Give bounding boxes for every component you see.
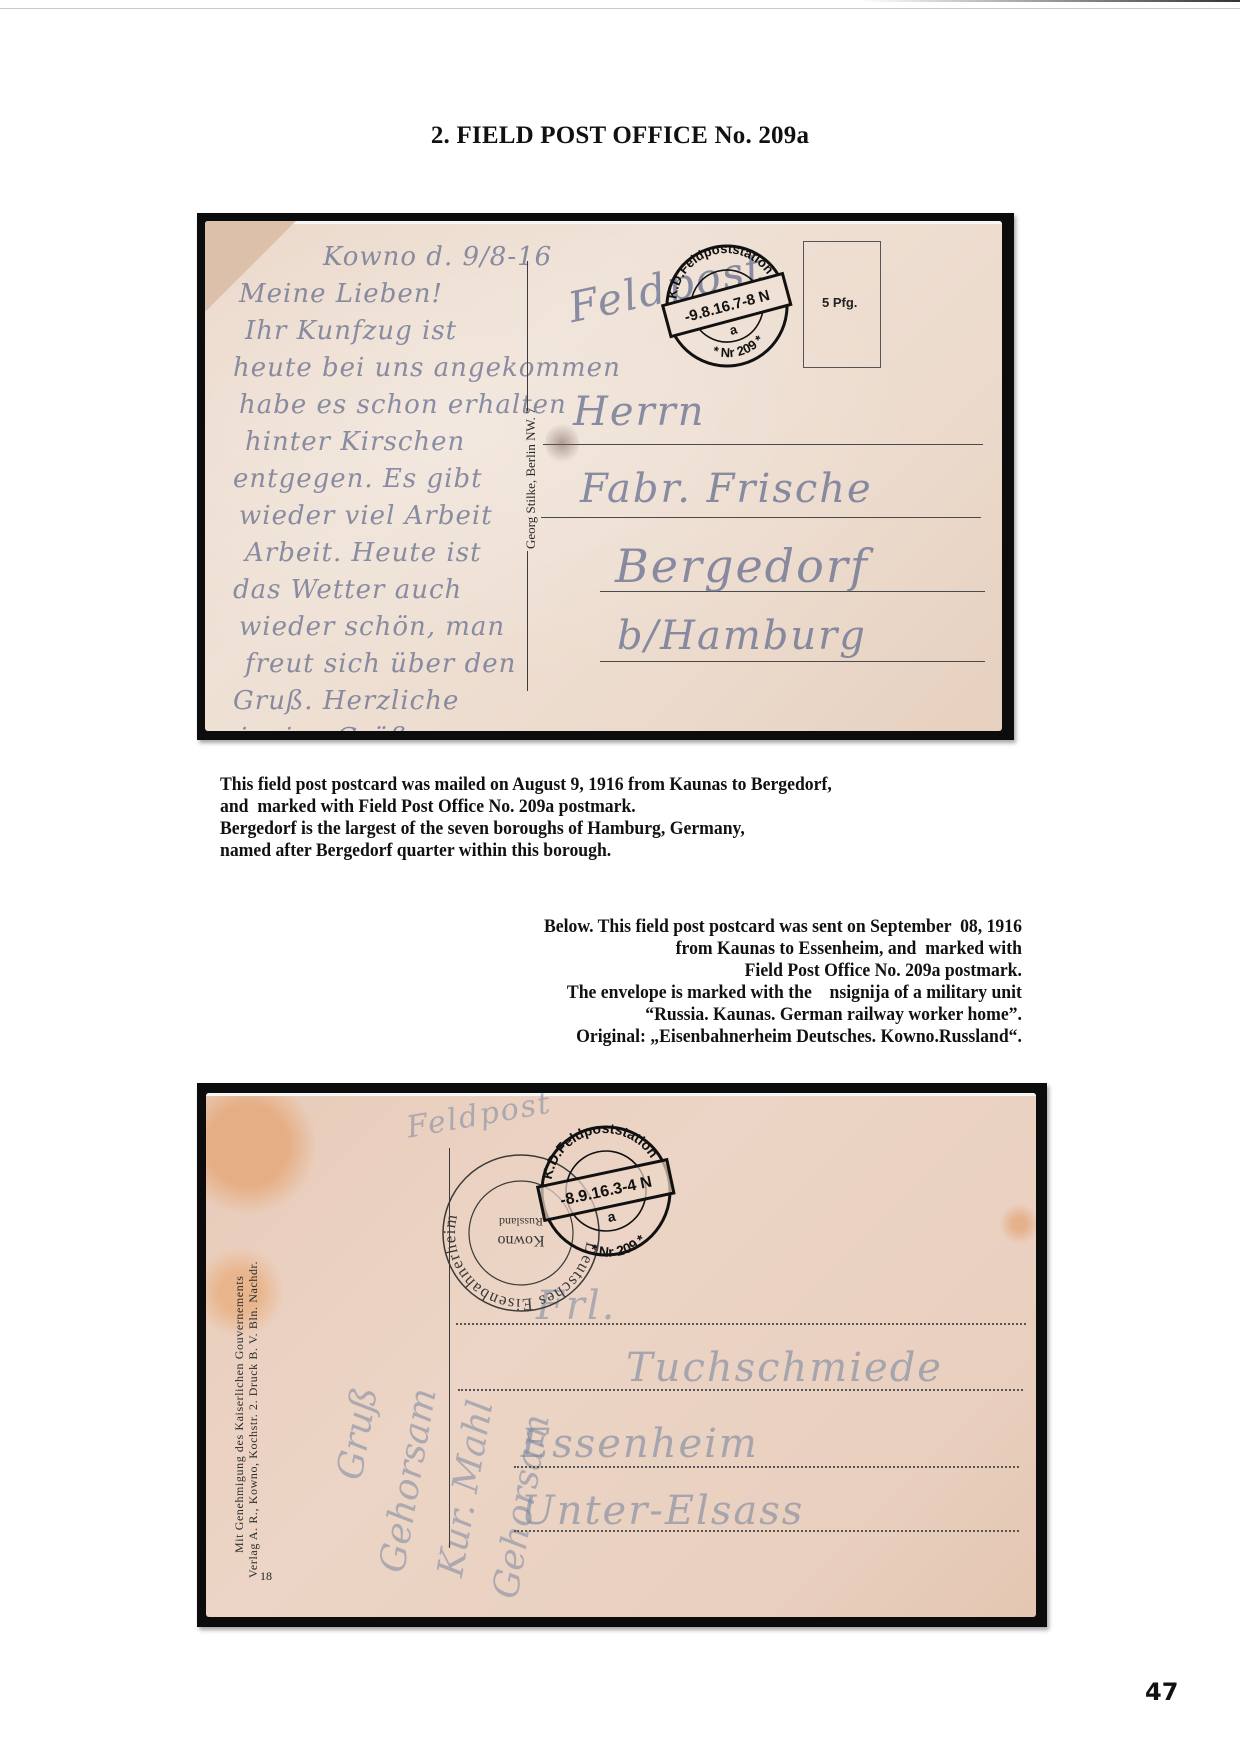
- caption-postcard-1: This field post postcard was mailed on A…: [220, 774, 832, 862]
- address-recipient-name: Fabr. Frische: [580, 466, 873, 512]
- handwritten-line: Gruß. Herzliche: [233, 683, 621, 720]
- postcard-1-image: Kowno d. 9/8-16Meine Lieben!Ihr Kunfzug …: [197, 213, 1014, 740]
- card-number: 18: [260, 1569, 272, 1584]
- handwritten-line: heute bei uns angekommen: [233, 350, 621, 387]
- handwritten-line: Meine Lieben!: [239, 276, 621, 313]
- address-city: Bergedorf: [615, 539, 869, 593]
- card-divider: [527, 551, 528, 691]
- page-title: 2. FIELD POST OFFICE No. 209a: [0, 122, 1240, 150]
- handwritten-line: wieder schön, man: [239, 609, 621, 646]
- page-number: 47: [1145, 1678, 1178, 1706]
- postmark-bottom-text: * Nr 209 *: [586, 1229, 651, 1265]
- field-post-postmark: K.D.Feldpoststation * Nr 209 * -9.8.16.7…: [662, 241, 792, 371]
- handwritten-line: innige Grüße: [239, 720, 621, 731]
- handwritten-line: Arbeit. Heute ist: [245, 535, 621, 572]
- stamp-value: 5 Pfg.: [822, 295, 857, 310]
- handwritten-line: Ihr Kunfzug ist: [245, 313, 621, 350]
- handwritten-line: das Wetter auch: [233, 572, 621, 609]
- postcard-2: Mit Genehmigung des Kaiserlichen Gouvern…: [206, 1093, 1036, 1617]
- field-post-postmark: K.D.Feldpoststation * Nr 209 * -8.9.16.3…: [536, 1121, 676, 1261]
- address-line: [541, 517, 981, 518]
- handwritten-line: freut sich über den: [245, 646, 621, 683]
- handwritten-line: entgegen. Es gibt: [233, 461, 621, 498]
- handwritten-line: habe es schon erhalten: [239, 387, 621, 424]
- address-region: Unter-Elsass: [521, 1488, 804, 1534]
- postcard-1: Kowno d. 9/8-16Meine Lieben!Ihr Kunfzug …: [205, 221, 1002, 731]
- address-line: [600, 661, 985, 662]
- scan-edge: [206, 1093, 1036, 1096]
- address-line: [543, 444, 983, 445]
- svg-text:* Nr 209 *: * Nr 209 *: [586, 1229, 651, 1265]
- address-region: b/Hamburg: [617, 613, 867, 659]
- ink-stain: [545, 421, 579, 465]
- handwritten-line: Kowno d. 9/8-16: [323, 239, 621, 276]
- top-scan-edge: [860, 0, 1240, 2]
- card-divider: [527, 261, 528, 411]
- top-scan-rule: [0, 8, 1240, 9]
- postmark-letter: a: [728, 321, 740, 338]
- address-feldpost: Feldpost: [404, 1093, 554, 1145]
- caption-postcard-2: Below. This field post postcard was sent…: [544, 916, 1022, 1048]
- handwritten-message: Kowno d. 9/8-16Meine Lieben!Ihr Kunfzug …: [233, 239, 621, 731]
- postmark-letter: a: [606, 1208, 617, 1225]
- address-recipient-name: Tuchschmiede: [626, 1345, 943, 1391]
- scan-edge: [205, 221, 1002, 224]
- publisher-imprint-line-1: Mit Genehmigung des Kaiserlichen Gouvern…: [232, 1275, 247, 1553]
- publisher-imprint: Georg Stilke, Berlin NW. 7: [523, 407, 539, 549]
- address-recipient-title: Herrn: [573, 389, 706, 435]
- publisher-imprint-line-2: Verlag A. R., Kowno, Kochstr. 2. Druck B…: [246, 1261, 261, 1578]
- postcard-2-image: Mit Genehmigung des Kaiserlichen Gouvern…: [197, 1083, 1047, 1627]
- address-city: Essenheim: [521, 1421, 759, 1467]
- svg-text:* Nr 209 *: * Nr 209 *: [708, 330, 770, 366]
- postmark-bottom-text: * Nr 209 *: [708, 330, 770, 366]
